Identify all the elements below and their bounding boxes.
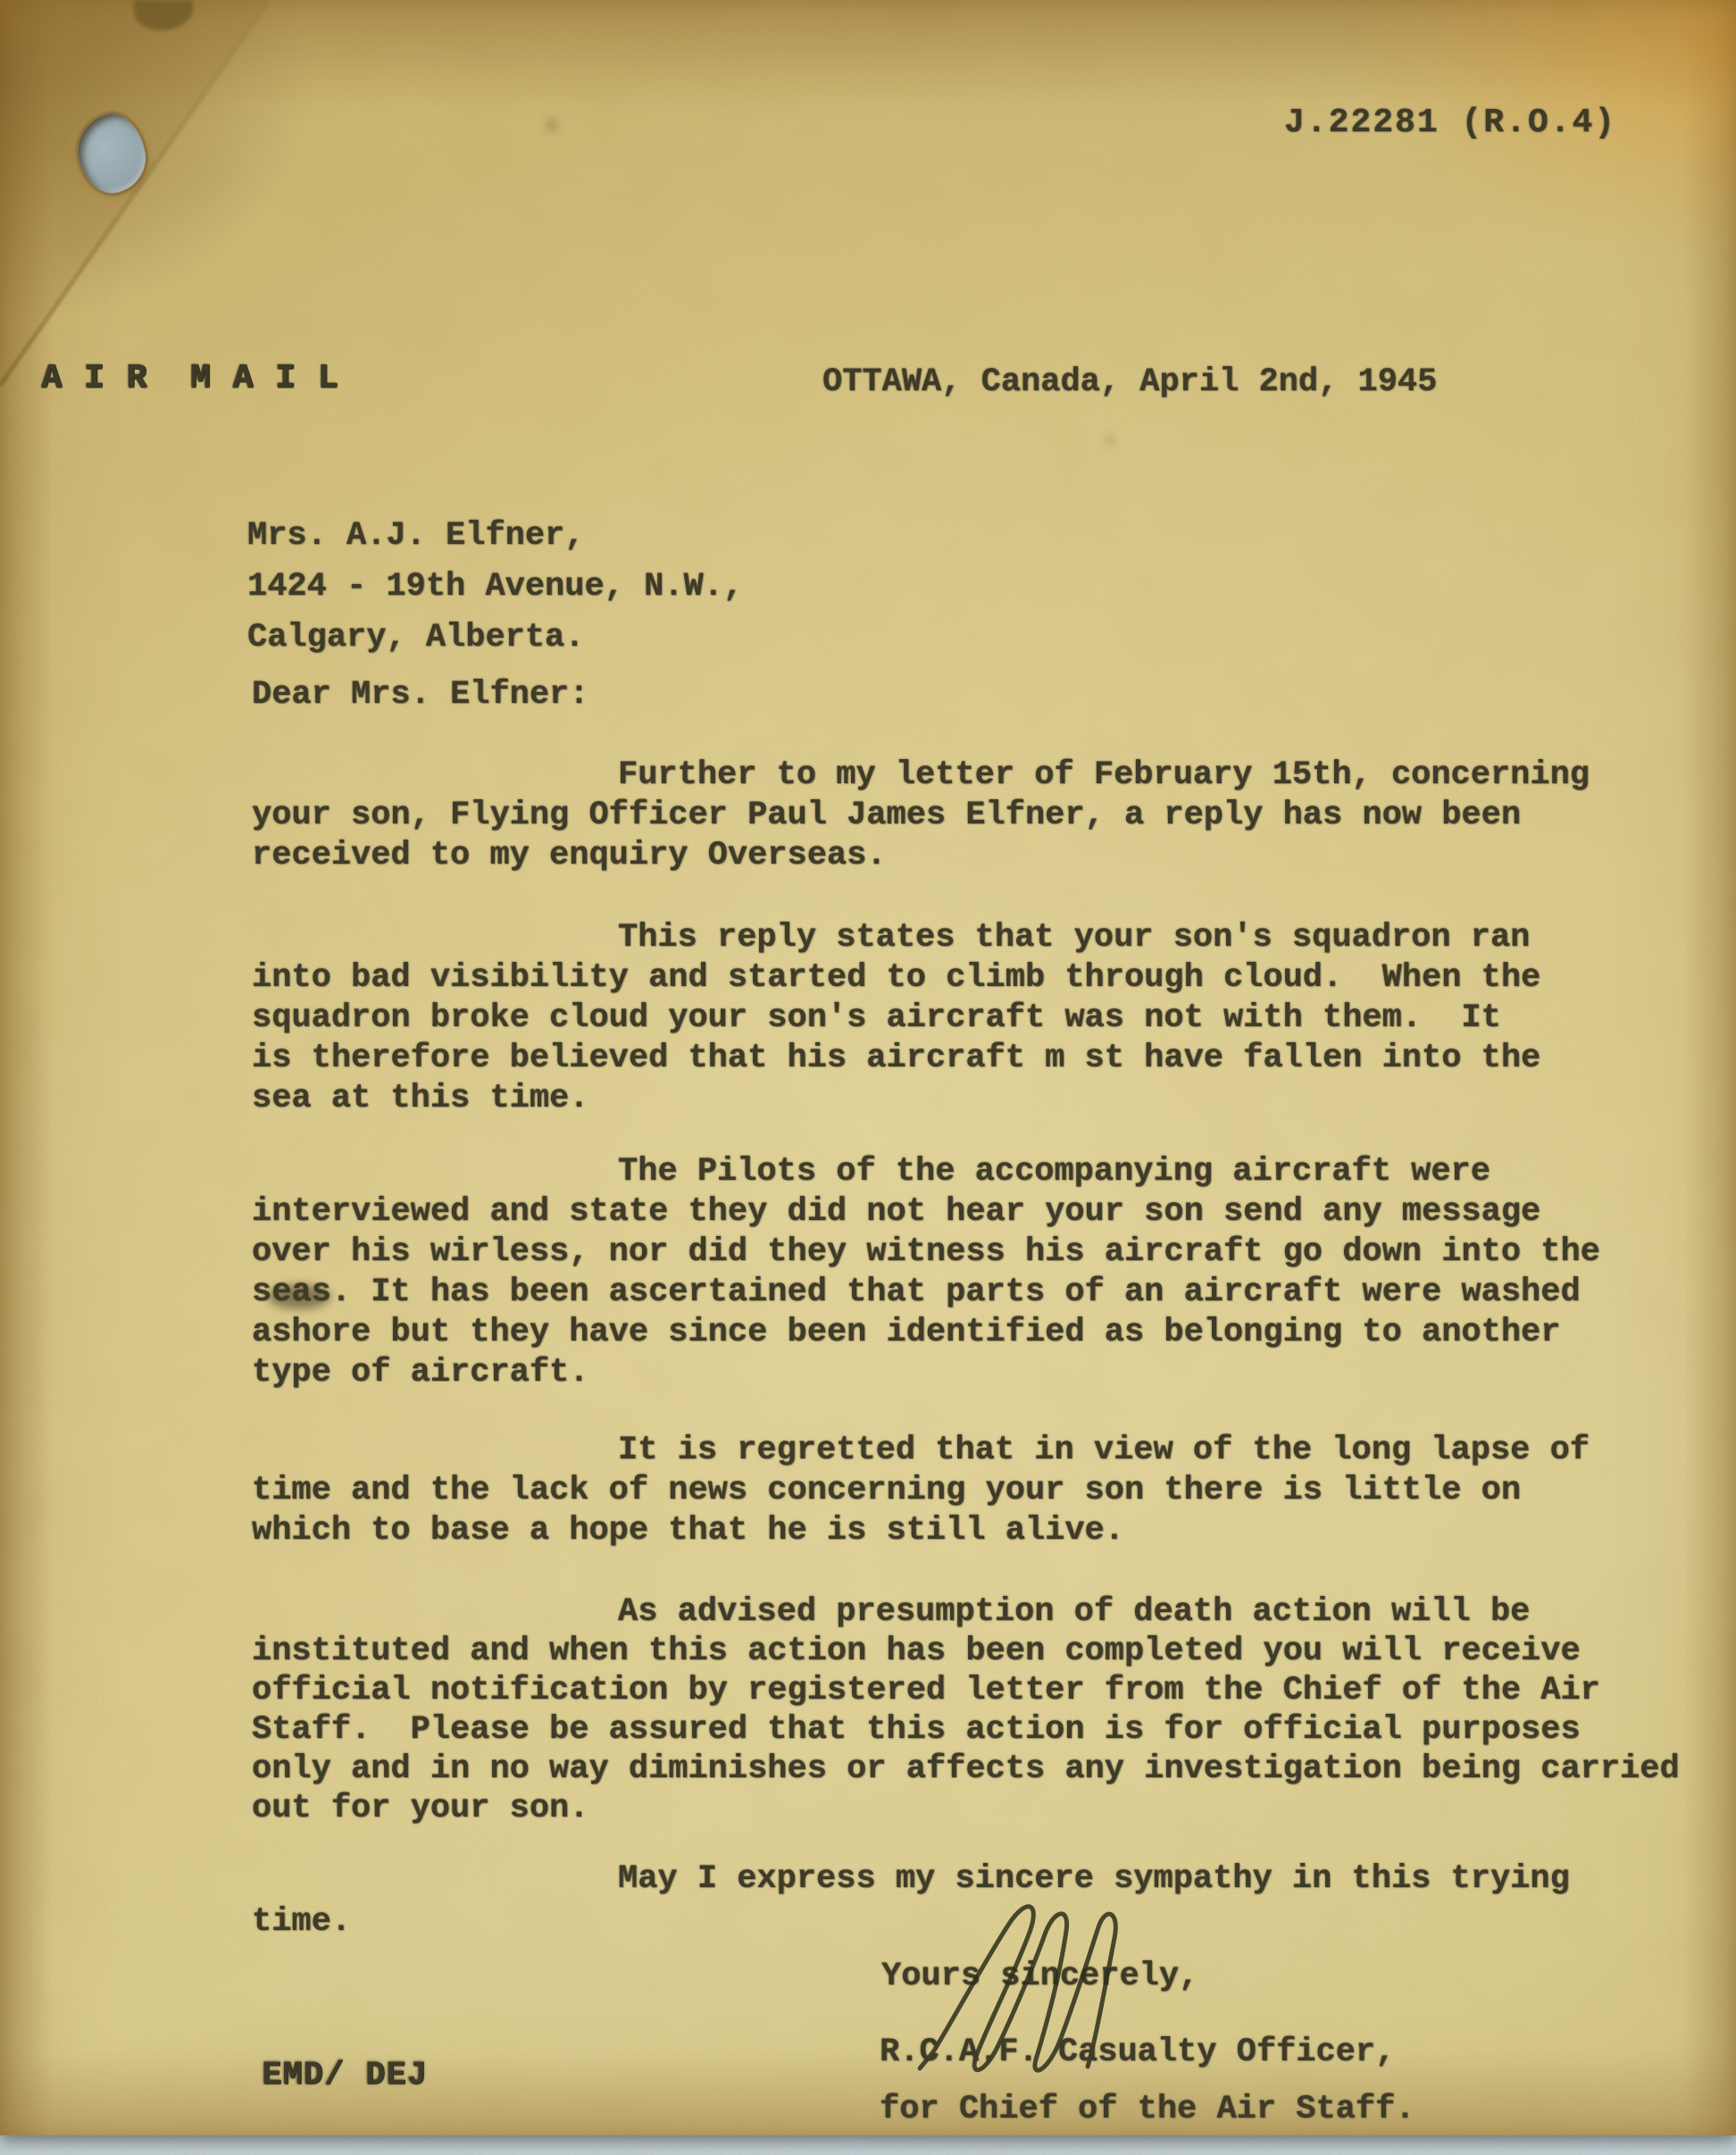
signer-for-line: for Chief of the Air Staff.	[880, 2091, 1415, 2128]
signer-title: R.C.A.F. Casualty Officer,	[880, 2034, 1395, 2071]
corner-crease	[0, 1, 271, 387]
airmail-label: A I R M A I L	[41, 359, 338, 397]
file-reference: J.22281 (R.O.4)	[1284, 104, 1616, 142]
paragraph-1: Further to my letter of February 15th, c…	[252, 756, 1716, 876]
salutation: Dear Mrs. Elfner:	[252, 676, 588, 714]
paragraph-6: May I express my sincere sympathy in thi…	[252, 1858, 1716, 1943]
paragraph-3: The Pilots of the accompanying aircraft …	[252, 1152, 1716, 1393]
closing-line: Yours sincerely,	[881, 1958, 1198, 1995]
dateline: OTTAWA, Canada, April 2nd, 1945	[822, 363, 1437, 401]
letter-paper: J.22281 (R.O.4) A I R M A I L OTTAWA, Ca…	[0, 0, 1736, 2135]
paragraph-4: It is regretted that in view of the long…	[252, 1431, 1716, 1551]
torn-corner-shade	[0, 0, 286, 411]
scanned-letter-page: { "colors": { "paper": "#dcc98b", "paper…	[0, 0, 1736, 2155]
torn-edge-notch	[134, 0, 193, 30]
typist-initials: EMD/ DEJ	[262, 2057, 428, 2094]
paragraph-5: As advised presumption of death action w…	[252, 1592, 1716, 1828]
paper-speck	[1106, 436, 1114, 445]
paragraph-2: This reply states that your son's squadr…	[252, 918, 1716, 1119]
paper-speck	[547, 120, 557, 130]
recipient-address: Mrs. A.J. Elfner, 1424 - 19th Avenue, N.…	[247, 511, 743, 664]
